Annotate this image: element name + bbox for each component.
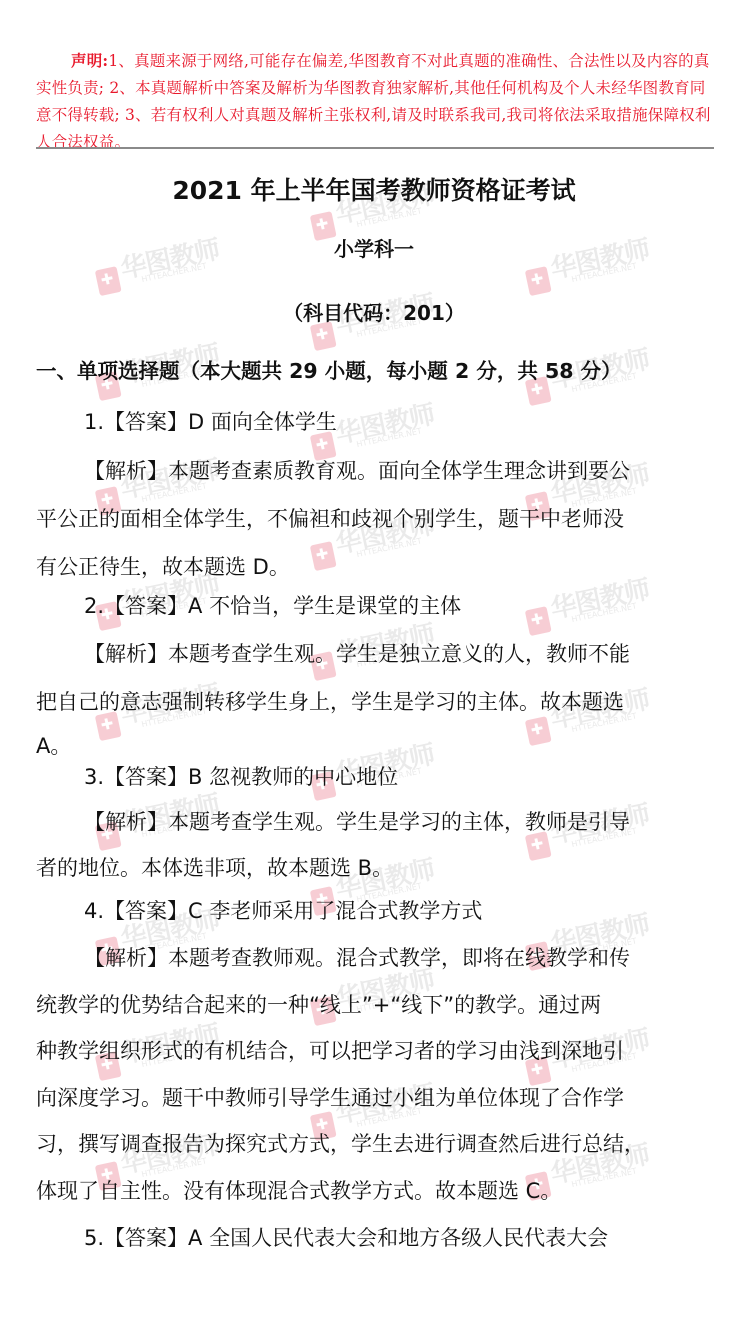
watermark-logo-icon [95, 266, 122, 296]
watermark-subtext: HTTEACHER.NET [356, 426, 423, 449]
answer-line: 体现了自主性。没有体现混合式教学方式。故本题选 C。 [36, 1175, 561, 1205]
answer-line: 4.【答案】C 李老师采用了混合式教学方式 [84, 895, 482, 925]
watermark-subtext: HTTEACHER.NET [141, 261, 208, 284]
answer-line: 【解析】本题考查教师观。混合式教学，即将在线教学和传 [84, 942, 630, 972]
answer-line: 1.【答案】D 面向全体学生 [84, 406, 337, 436]
answer-line: 统教学的优势结合起来的一种“线上”+“线下”的教学。通过两 [36, 989, 601, 1019]
answer-line: 【解析】本题考查学生观。学生是学习的主体，教师是引导 [84, 806, 630, 836]
watermark-logo-icon [525, 606, 552, 636]
answer-line: 者的地位。本体选非项，故本题选 B。 [36, 852, 393, 882]
watermark-subtext: HTTEACHER.NET [571, 1166, 638, 1189]
disclaimer-text: 1、真题来源于网络,可能存在偏差,华图教育不对此真题的准确性、合法性以及内容的真… [36, 52, 711, 151]
page-title: 2021 年上半年国考教师资格证考试 [0, 171, 748, 207]
watermark: 华图教师HTTEACHER.NET [520, 562, 660, 648]
watermark-subtext: HTTEACHER.NET [356, 536, 423, 559]
answer-line: 种教学组织形式的有机结合，可以把学习者的学习由浅到深地引 [36, 1035, 624, 1065]
disclaimer-notice: 声明:1、真题来源于网络,可能存在偏差,华图教育不对此真题的准确性、合法性以及内… [36, 47, 716, 156]
answer-line: A。 [36, 730, 71, 760]
answer-line: 有公正待生，故本题选 D。 [36, 551, 290, 581]
watermark-logo-icon [525, 266, 552, 296]
answer-line: 3.【答案】B 忽视教师的中心地位 [84, 761, 398, 791]
watermark-subtext: HTTEACHER.NET [356, 206, 423, 229]
watermark-subtext: HTTEACHER.NET [571, 261, 638, 284]
watermark-text: 华图教师 [332, 394, 438, 451]
divider-rule [36, 147, 714, 149]
answer-line: 2.【答案】A 不恰当，学生是课堂的主体 [84, 590, 461, 620]
subject-code: （科目代码：201） [0, 297, 748, 326]
watermark-subtext: HTTEACHER.NET [571, 601, 638, 624]
watermark-text: 华图教师 [547, 569, 653, 626]
subject-title: 小学科一 [0, 233, 748, 262]
watermark-logo-icon [310, 541, 337, 571]
answer-line: 【解析】本题考查学生观。学生是独立意义的人，教师不能 [84, 638, 630, 668]
answer-line: 把自己的意志强制转移学生身上，学生是学习的主体。故本题选 [36, 686, 624, 716]
watermark-logo-icon [525, 716, 552, 746]
answer-line: 【解析】本题考查素质教育观。面向全体学生理念讲到要公 [84, 455, 630, 485]
answer-line: 平公正的面相全体学生，不偏袒和歧视个别学生，题干中老师没 [36, 503, 624, 533]
disclaimer-label: 声明: [71, 51, 108, 70]
answer-line: 向深度学习。题干中教师引导学生通过小组为单位体现了合作学 [36, 1082, 624, 1112]
answer-line: 习，撰写调查报告为探究式方式，学生去进行调查然后进行总结， [36, 1128, 645, 1158]
answer-line: 5.【答案】A 全国人民代表大会和地方各级人民代表大会 [84, 1222, 608, 1252]
section-heading: 一、单项选择题（本大题共 29 小题，每小题 2 分，共 58 分） [36, 354, 622, 384]
